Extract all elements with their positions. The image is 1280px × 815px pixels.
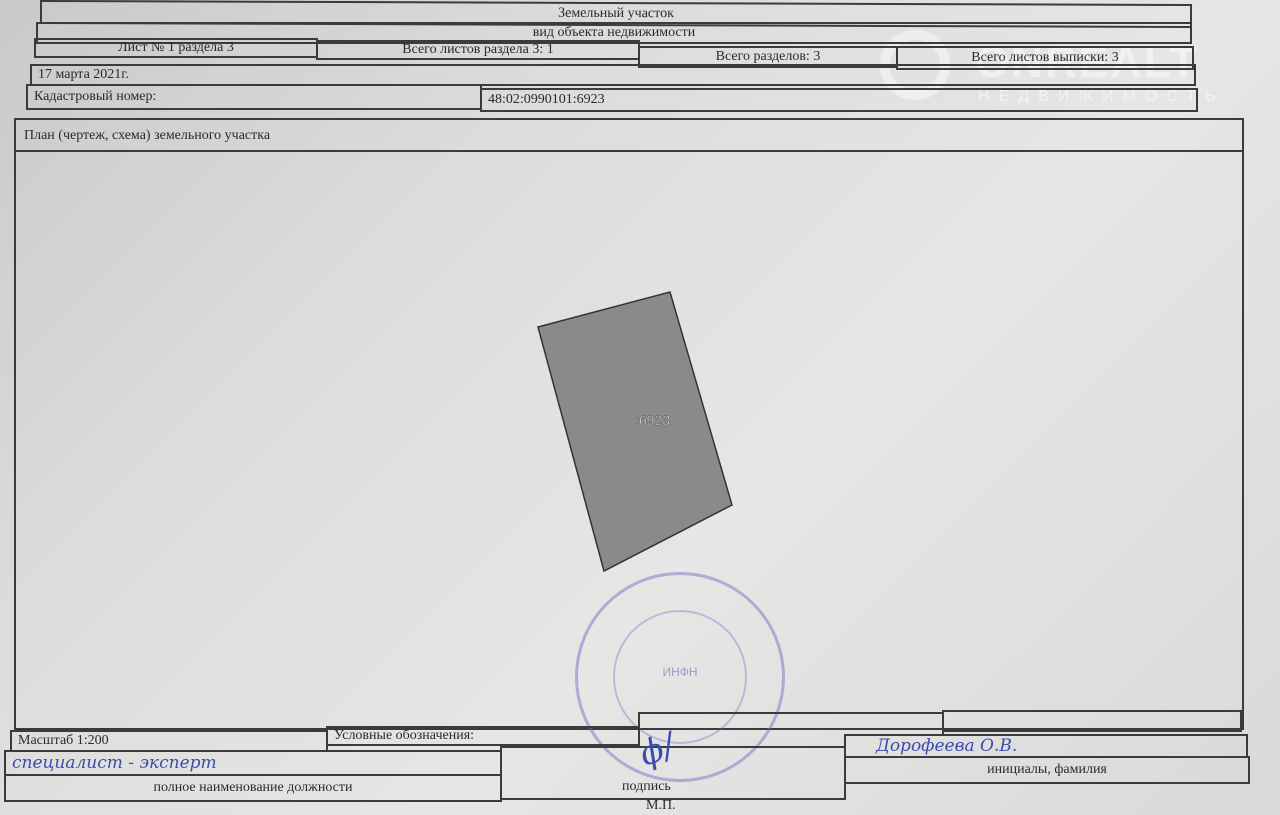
name-caption: инициалы, фамилия xyxy=(844,756,1250,784)
scale-text: Масштаб 1:200 xyxy=(18,734,109,748)
legend-box-1 xyxy=(638,712,944,734)
position-caption: полное наименование должности xyxy=(4,774,502,802)
scale: Масштаб 1:200 xyxy=(10,730,328,752)
seal-caption: М.П. xyxy=(646,798,676,814)
legend-label: Условные обозначения: xyxy=(326,726,640,746)
name-handwritten: Дорофеева О.В. xyxy=(876,738,1017,755)
position-caption-text: полное наименование должности xyxy=(153,781,352,795)
parcel-polygon xyxy=(538,292,732,571)
legend-label-text: Условные обозначения: xyxy=(334,729,474,743)
stamp-inner-text: ИНФН xyxy=(578,665,782,679)
position-field: специалист - эксперт xyxy=(4,750,502,776)
legend-box-2 xyxy=(942,710,1242,732)
position-handwritten: специалист - эксперт xyxy=(12,755,217,772)
signature-caption: подпись xyxy=(622,780,671,794)
parcel-label: :6923 xyxy=(635,412,670,428)
name-caption-text: инициалы, фамилия xyxy=(987,763,1107,777)
name-field: Дорофеева О.В. xyxy=(844,734,1248,758)
extract-sheet: ONREALT НЕДВИЖИМОСТЬ Земельный участок в… xyxy=(0,0,1280,815)
